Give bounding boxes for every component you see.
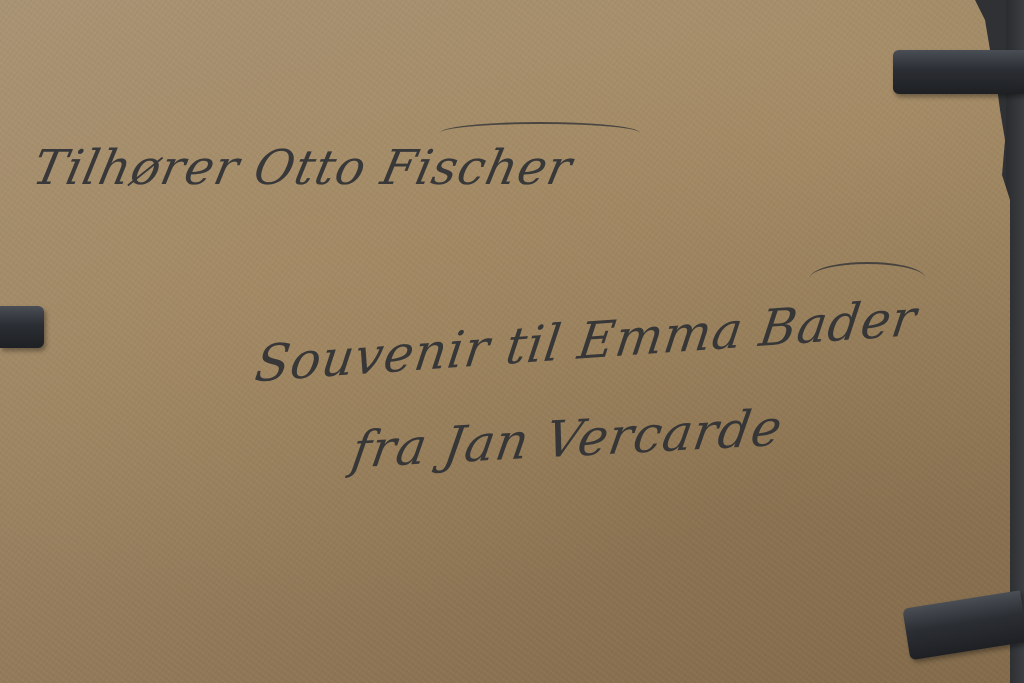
metal-clip-left — [0, 306, 44, 348]
inscription-line-owner: Tilhører Otto Fischer — [28, 140, 578, 196]
metal-clip-top-right — [893, 50, 1024, 94]
